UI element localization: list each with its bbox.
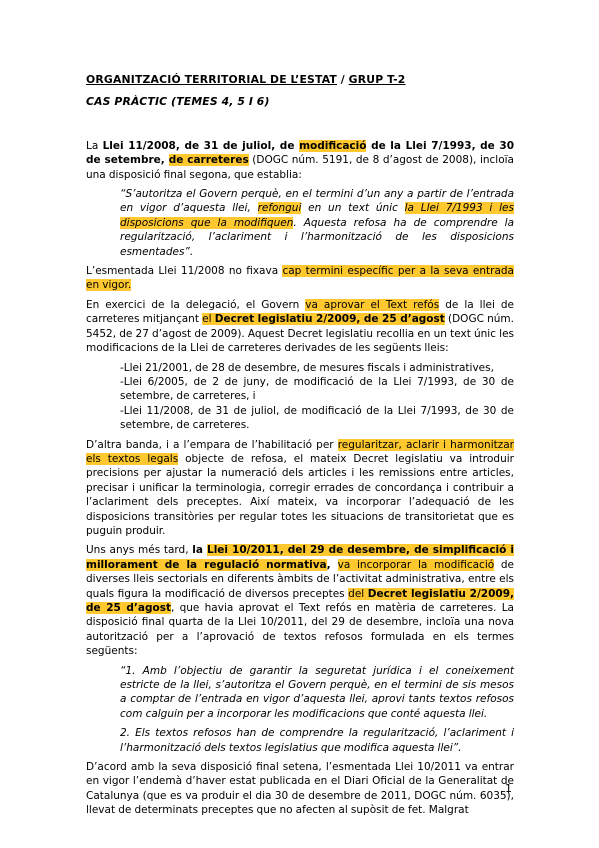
text-segment: objecte de refosa, el mateix Decret legi… <box>86 453 514 537</box>
paragraph-disposicio-final-setena: D’acord amb la seva disposició final set… <box>86 760 514 818</box>
paragraph-llei-10-2011: Uns anys més tard, la Llei 10/2011, del … <box>86 543 514 658</box>
text-segment: “1. Amb l’objectiu de garantir la segure… <box>120 665 514 720</box>
quote-autoritzacio-punt-1: “1. Amb l’objectiu de garantir la segure… <box>120 664 514 722</box>
text-segment: En exercici de la delegació, el Govern <box>86 299 305 311</box>
text-segment: GRUP T-2 <box>349 73 406 86</box>
text-segment: 2. Els textos refosos han de comprendre … <box>120 727 514 753</box>
paragraph-entrada-en-vigor: L’esmentada Llei 11/2008 no fixava cap t… <box>86 264 514 293</box>
text-segment: CAS PRÀCTIC (TEMES 4, 5 I 6) <box>86 95 270 108</box>
text-segment: -Llei 6/2005, de 2 de juny, de modificac… <box>120 376 514 402</box>
text-segment: La <box>86 140 103 152</box>
text-segment: -Llei 21/2001, de 28 de desembre, de mes… <box>120 362 494 374</box>
highlighted-text: de carreteres <box>169 154 249 166</box>
paragraph-text-refos: En exercici de la delegació, el Govern v… <box>86 298 514 356</box>
highlighted-text: Decret legislatiu 2/2009, de 25 d’agost <box>215 313 445 325</box>
highlighted-text: el <box>202 313 215 325</box>
highlighted-text: modificació <box>299 140 366 152</box>
page-number: 1 <box>505 782 512 795</box>
highlighted-text: refongui <box>258 202 302 214</box>
text-segment: D’acord amb la seva disposició final set… <box>86 761 514 816</box>
text-segment: L’esmentada Llei 11/2008 no fixava <box>86 265 282 277</box>
list-item-llei-6-2005: -Llei 6/2005, de 2 de juny, de modificac… <box>120 375 514 404</box>
document-page: ORGANITZACIÓ TERRITORIAL DE L’ESTAT / GR… <box>0 0 599 848</box>
text-segment: Uns anys més tard, <box>86 544 192 556</box>
text-segment: ORGANITZACIÓ TERRITORIAL DE L’ESTAT <box>86 73 337 86</box>
highlighted-text: va aprovar el Text refós <box>305 299 439 311</box>
text-segment: en un text únic <box>301 202 404 214</box>
list-item-llei-21-2001: -Llei 21/2001, de 28 de desembre, de mes… <box>120 361 514 375</box>
text-segment: la <box>192 544 207 556</box>
quote-disposicio-final-segona: “S’autoritza el Govern perquè, en el ter… <box>120 187 514 259</box>
text-segment: Llei 11/2008, de 31 de juliol, de <box>103 140 299 152</box>
quote-autoritzacio-punt-2: 2. Els textos refosos han de comprendre … <box>120 726 514 755</box>
doc-subtitle: CAS PRÀCTIC (TEMES 4, 5 I 6) <box>86 95 514 109</box>
highlighted-text: va incorporar la modificació <box>338 559 495 571</box>
list-item-llei-11-2008: -Llei 11/2008, de 31 de juliol, de modif… <box>120 404 514 433</box>
text-segment: D’altra banda, i a l’empara de l’habilit… <box>86 439 338 451</box>
text-segment: -Llei 11/2008, de 31 de juliol, de modif… <box>120 405 514 431</box>
paragraph-llei-11-2008: La Llei 11/2008, de 31 de juliol, de mod… <box>86 139 514 182</box>
text-segment: , <box>327 559 338 571</box>
paragraph-daltra-banda: D’altra banda, i a l’empara de l’habilit… <box>86 438 514 539</box>
doc-title: ORGANITZACIÓ TERRITORIAL DE L’ESTAT / GR… <box>86 73 514 87</box>
highlighted-text: del <box>348 588 368 600</box>
text-segment: / <box>337 73 349 86</box>
document-content: ORGANITZACIÓ TERRITORIAL DE L’ESTAT / GR… <box>86 73 514 823</box>
